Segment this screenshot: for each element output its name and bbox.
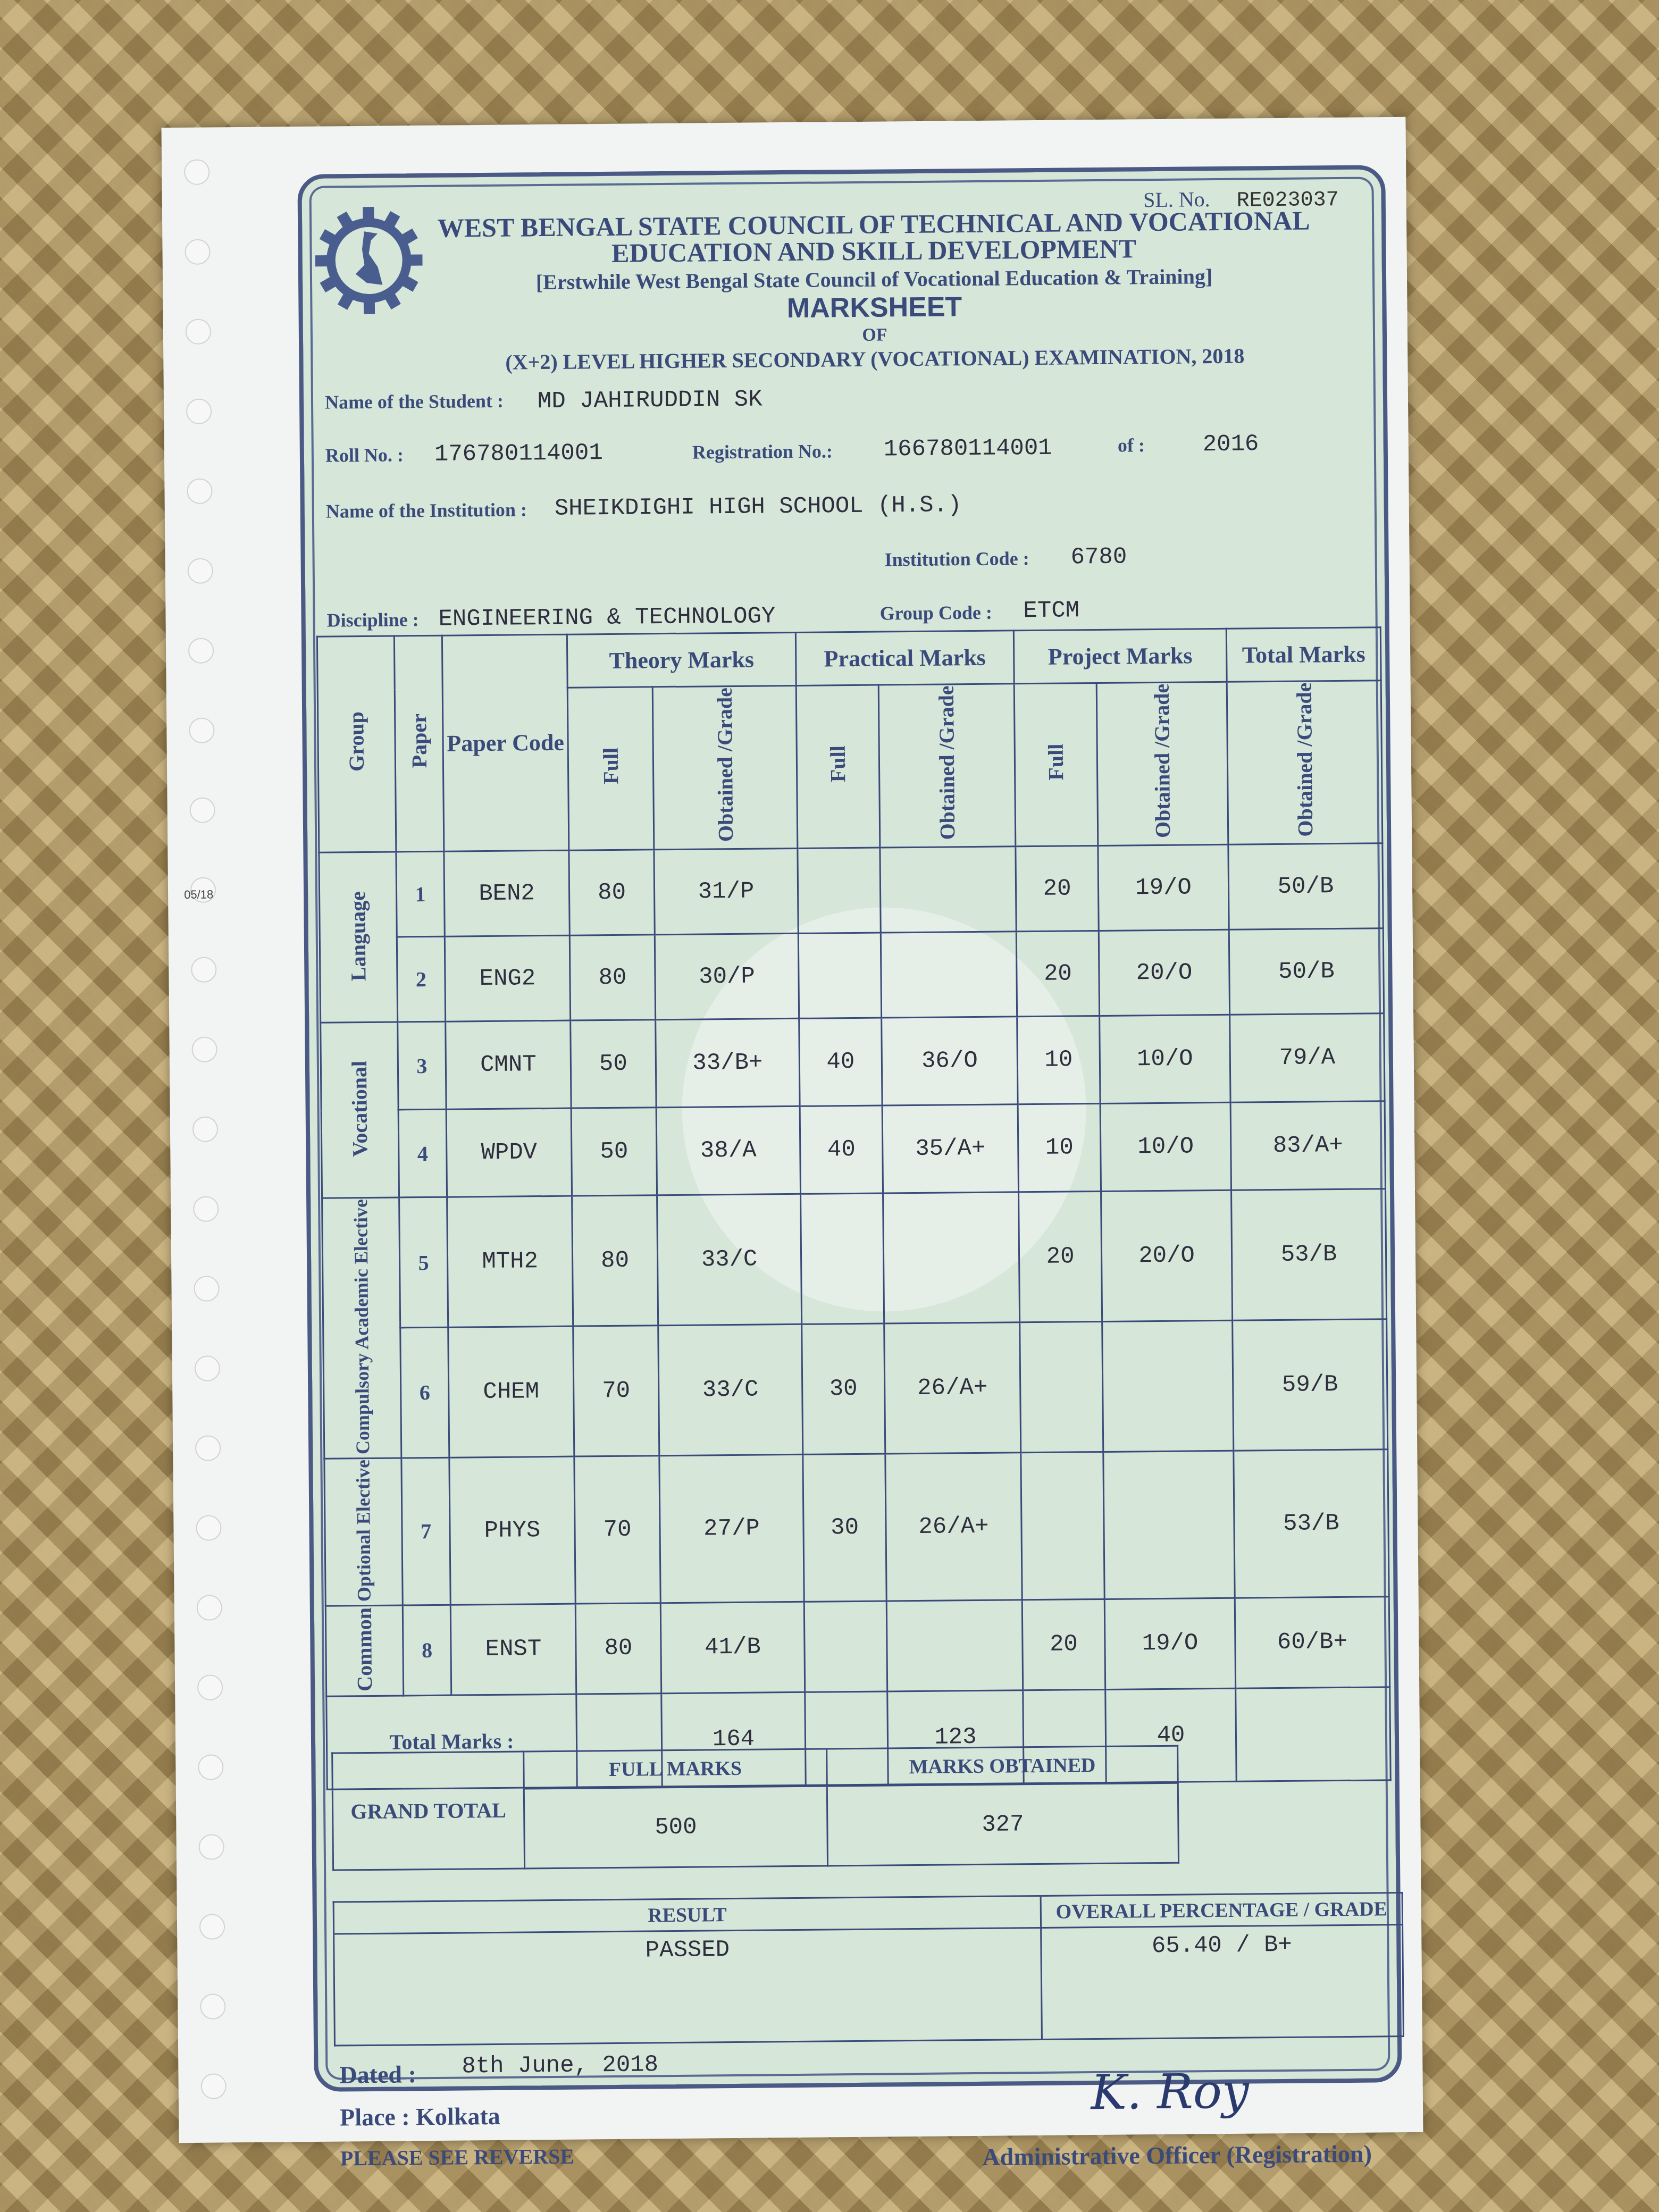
header-theory-marks: Theory Marks: [567, 632, 796, 688]
marks-obtained-value: 327: [827, 1783, 1178, 1866]
table-row: 6 CHEM 70 33/C 30 26/A+ 59/B: [323, 1319, 1388, 1459]
punch-hole: [194, 1276, 219, 1301]
header-paper: Paper: [394, 635, 444, 852]
full-marks-value: 500: [524, 1786, 827, 1869]
officer-title: Administrative Officer (Registration): [982, 2140, 1372, 2171]
roll-no: 176780114001: [434, 440, 603, 468]
punch-hole: [199, 1914, 225, 1939]
place: Place : Kolkata: [340, 2102, 500, 2132]
grand-total-label: GRAND TOTAL: [332, 1752, 525, 1870]
punch-hole: [196, 1515, 221, 1540]
header-practical-marks: Practical Marks: [795, 631, 1014, 686]
header-theory-obtained: Obtained /Grade: [652, 685, 798, 849]
header-practical-full: Full: [796, 685, 880, 848]
table-row: Vocational 3 CMNT 50 33/B+ 40 36/O 10 10…: [321, 1013, 1385, 1110]
punch-hole: [190, 797, 215, 823]
registration-year-label: of :: [1118, 434, 1145, 456]
punch-hole: [197, 1595, 222, 1620]
overall-percentage-label: OVERALL PERCENTAGE / GRADE: [1041, 1893, 1402, 1928]
institution-label: Name of the Institution :: [326, 498, 527, 522]
punch-hole: [199, 1834, 224, 1859]
punch-hole: [193, 1196, 219, 1221]
full-marks-label: FULL MARKS: [524, 1749, 827, 1789]
table-row: 2 ENG2 80 30/P 20 20/O 50/B: [320, 928, 1384, 1023]
please-see-reverse: PLEASE SEE REVERSE: [340, 2144, 575, 2171]
institution-code: 6780: [1070, 543, 1127, 571]
group-optional-elective: Optional Elective: [324, 1458, 403, 1606]
punch-hole: [185, 239, 210, 264]
header-paper-code: Paper Code: [442, 634, 569, 851]
registration-no: 166780114001: [884, 435, 1052, 463]
punch-hole: [200, 1993, 225, 2019]
group-compulsory-academic-elective: Compulsory Academic Elective: [322, 1197, 401, 1459]
marks-table: Group Paper Paper Code Theory Marks Prac…: [316, 626, 1392, 1790]
punch-hole: [191, 957, 216, 982]
marksheet: SL. No. RE023037 WEST BENGAL STATE COUNC…: [297, 165, 1402, 2092]
discipline: ENGINEERING & TECHNOLOGY: [438, 603, 775, 633]
punch-hole: [188, 638, 214, 663]
council-name: WEST BENGAL STATE COUNCIL OF TECHNICAL A…: [302, 206, 1382, 269]
discipline-label: Discipline :: [326, 608, 418, 632]
header-project-obtained: Obtained /Grade: [1096, 682, 1228, 845]
group-common: Common: [325, 1605, 403, 1696]
punch-hole: [187, 478, 212, 504]
header-total-marks: Total Marks: [1226, 627, 1381, 682]
margin-note: 05/18: [184, 887, 213, 901]
document-paper: 05/18 SL. No. RE023037: [162, 117, 1423, 2143]
result-box: RESULT OVERALL PERCENTAGE / GRADE PASSED…: [333, 1892, 1404, 2047]
student-name: MD JAHIRUDDIN SK: [538, 386, 763, 415]
table-row: Common 8 ENST 80 41/B 20 19/O 60/B+: [325, 1597, 1389, 1696]
punch-hole: [184, 159, 210, 185]
header-group: Group: [317, 636, 396, 852]
header-theory-full: Full: [567, 687, 654, 850]
registration-no-label: Registration No.:: [692, 440, 833, 463]
marks-obtained-label: MARKS OBTAINED: [827, 1746, 1178, 1786]
punch-hole: [198, 1754, 223, 1780]
punch-hole: [188, 558, 213, 583]
grand-total-box: GRAND TOTAL FULL MARKS MARKS OBTAINED 50…: [331, 1745, 1179, 1871]
punch-hole: [186, 398, 212, 424]
punch-hole: [195, 1355, 220, 1381]
roll-no-label: Roll No. :: [325, 443, 404, 466]
student-name-label: Name of the Student :: [325, 390, 504, 414]
dated-value: 8th June, 2018: [462, 2051, 658, 2080]
punch-hole: [191, 1036, 217, 1062]
table-row: 4 WPDV 50 38/A 40 35/A+ 10 10/O 83/A+: [321, 1101, 1385, 1198]
overall-percentage-value: 65.40 / B+: [1041, 1925, 1404, 2040]
punch-hole: [200, 2073, 226, 2099]
header-practical-obtained: Obtained /Grade: [878, 684, 1016, 848]
table-row: Language 1 BEN2 80 31/P 20 19/O 50/B: [319, 843, 1383, 937]
group-code-label: Group Code :: [879, 601, 992, 625]
dated-label: Dated :: [339, 2060, 416, 2089]
table-row: Optional Elective 7 PHYS 70 27/P 30 26/A…: [324, 1449, 1389, 1606]
officer-signature: K. Roy: [1091, 2064, 1249, 2121]
header-project-full: Full: [1014, 683, 1098, 846]
punch-hole: [197, 1674, 223, 1700]
group-vocational: Vocational: [321, 1022, 399, 1198]
table-row: Compulsory Academic Elective 5 MTH2 80 3…: [322, 1189, 1387, 1328]
punch-hole: [195, 1435, 221, 1461]
punch-hole: [186, 319, 211, 344]
group-language: Language: [319, 852, 398, 1023]
punch-hole: [192, 1116, 218, 1142]
result-value: PASSED: [334, 1928, 1042, 2046]
header-total-obtained: Obtained /Grade: [1227, 681, 1382, 845]
header-project-marks: Project Marks: [1013, 629, 1227, 683]
group-code: ETCM: [1023, 597, 1079, 624]
institution-code-label: Institution Code :: [884, 547, 1029, 571]
registration-year: 2016: [1203, 431, 1259, 458]
punch-hole: [189, 717, 214, 743]
institution-name: SHEIKDIGHI HIGH SCHOOL (H.S.): [555, 492, 962, 522]
